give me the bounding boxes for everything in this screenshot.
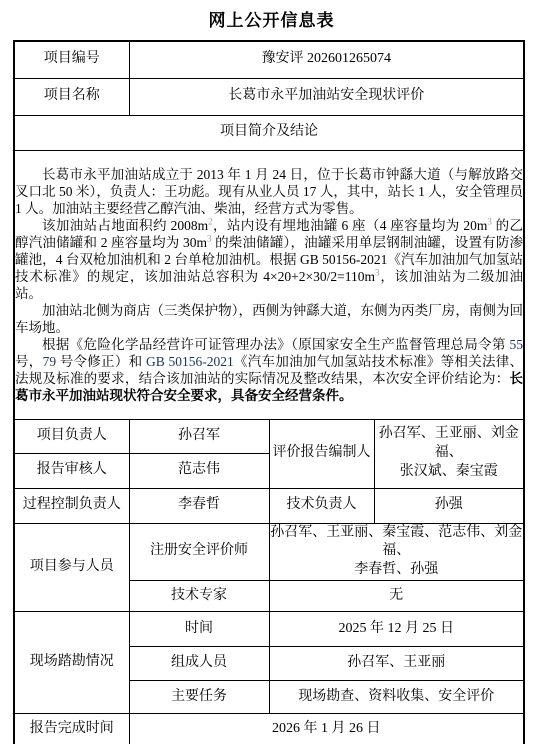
project-leader-value: 孙召军 — [129, 419, 269, 453]
summary-content: 长葛市永平加油站成立于 2013 年 1 月 24 日，位于长葛市钟繇大道（与解… — [14, 150, 524, 419]
project-leader-label: 项目负责人 — [14, 419, 129, 453]
row-cert-assessors: 项目参与人员 注册安全评价师 孙召军、王亚丽、秦宝霞、范志伟、刘金福、 李春哲、… — [14, 523, 524, 581]
tech-leader-label: 技术负责人 — [269, 488, 374, 523]
project-no-label: 项目编号 — [14, 41, 129, 78]
document-page: 网上公开信息表 项目编号 豫安评 202601265074 项目名称 长葛市永平… — [0, 0, 543, 744]
survey-tasks-value: 现场勘查、资料收集、安全评价 — [269, 681, 524, 714]
summary-paragraph-4: 根据《危险化学品经营许可证管理办法》（原国家安全生产监督管理总局令第 55 号，… — [15, 336, 523, 404]
survey-members-label: 组成人员 — [129, 647, 269, 681]
row-report-completion: 报告完成时间 2026 年 1 月 26 日 — [14, 714, 524, 744]
survey-time-label: 时间 — [129, 612, 269, 647]
summary-paragraph-2: 该加油站占地面积约 2008m2，站内设有埋地油罐 6 座（4 座容量均为 20… — [15, 217, 523, 302]
page-title: 网上公开信息表 — [0, 6, 543, 31]
public-info-table: 项目编号 豫安评 202601265074 项目名称 长葛市永平加油站安全现状评… — [13, 40, 525, 744]
survey-tasks-label: 主要任务 — [129, 681, 269, 714]
summary-header: 项目简介及结论 — [14, 115, 524, 150]
tech-experts-value: 无 — [269, 581, 524, 612]
participants-label: 项目参与人员 — [14, 523, 129, 612]
tech-leader-value: 孙强 — [374, 488, 524, 523]
report-completion-value: 2026 年 1 月 26 日 — [129, 714, 524, 744]
row-summary: 长葛市永平加油站成立于 2013 年 1 月 24 日，位于长葛市钟繇大道（与解… — [14, 150, 524, 419]
summary-paragraph-3: 加油站北侧为商店（三类保护物），西侧为钟繇大道，东侧为丙类厂房，南侧为回车场地。 — [15, 302, 523, 336]
row-survey-time: 现场踏勘情况 时间 2025 年 12 月 25 日 — [14, 612, 524, 647]
report-writers-label: 评价报告编制人 — [269, 419, 374, 488]
report-reviewer-label: 报告审核人 — [14, 453, 129, 488]
report-reviewer-value: 范志伟 — [129, 453, 269, 488]
report-completion-label: 报告完成时间 — [14, 714, 129, 744]
tech-experts-label: 技术专家 — [129, 581, 269, 612]
process-control-value: 李春哲 — [129, 488, 269, 523]
survey-members-value: 孙召军、王亚丽 — [269, 647, 524, 681]
row-project-leader: 项目负责人 孙召军 评价报告编制人 孙召军、王亚丽、刘金福、 张汉斌、秦宝霞 — [14, 419, 524, 453]
process-control-label: 过程控制负责人 — [14, 488, 129, 523]
survey-time-value: 2025 年 12 月 25 日 — [269, 612, 524, 647]
project-name-label: 项目名称 — [14, 78, 129, 115]
cert-assessors-value: 孙召军、王亚丽、秦宝霞、范志伟、刘金福、 李春哲、孙强 — [269, 523, 524, 581]
project-name-value: 长葛市永平加油站安全现状评价 — [129, 78, 524, 115]
row-project-no: 项目编号 豫安评 202601265074 — [14, 41, 524, 78]
project-no-value: 豫安评 202601265074 — [129, 41, 524, 78]
row-project-name: 项目名称 长葛市永平加油站安全现状评价 — [14, 78, 524, 115]
row-summary-header: 项目简介及结论 — [14, 115, 524, 150]
site-survey-label: 现场踏勘情况 — [14, 612, 129, 714]
summary-paragraph-1: 长葛市永平加油站成立于 2013 年 1 月 24 日，位于长葛市钟繇大道（与解… — [15, 166, 523, 217]
cert-assessors-label: 注册安全评价师 — [129, 523, 269, 581]
report-writers-value: 孙召军、王亚丽、刘金福、 张汉斌、秦宝霞 — [374, 419, 524, 488]
row-process-control: 过程控制负责人 李春哲 技术负责人 孙强 — [14, 488, 524, 523]
